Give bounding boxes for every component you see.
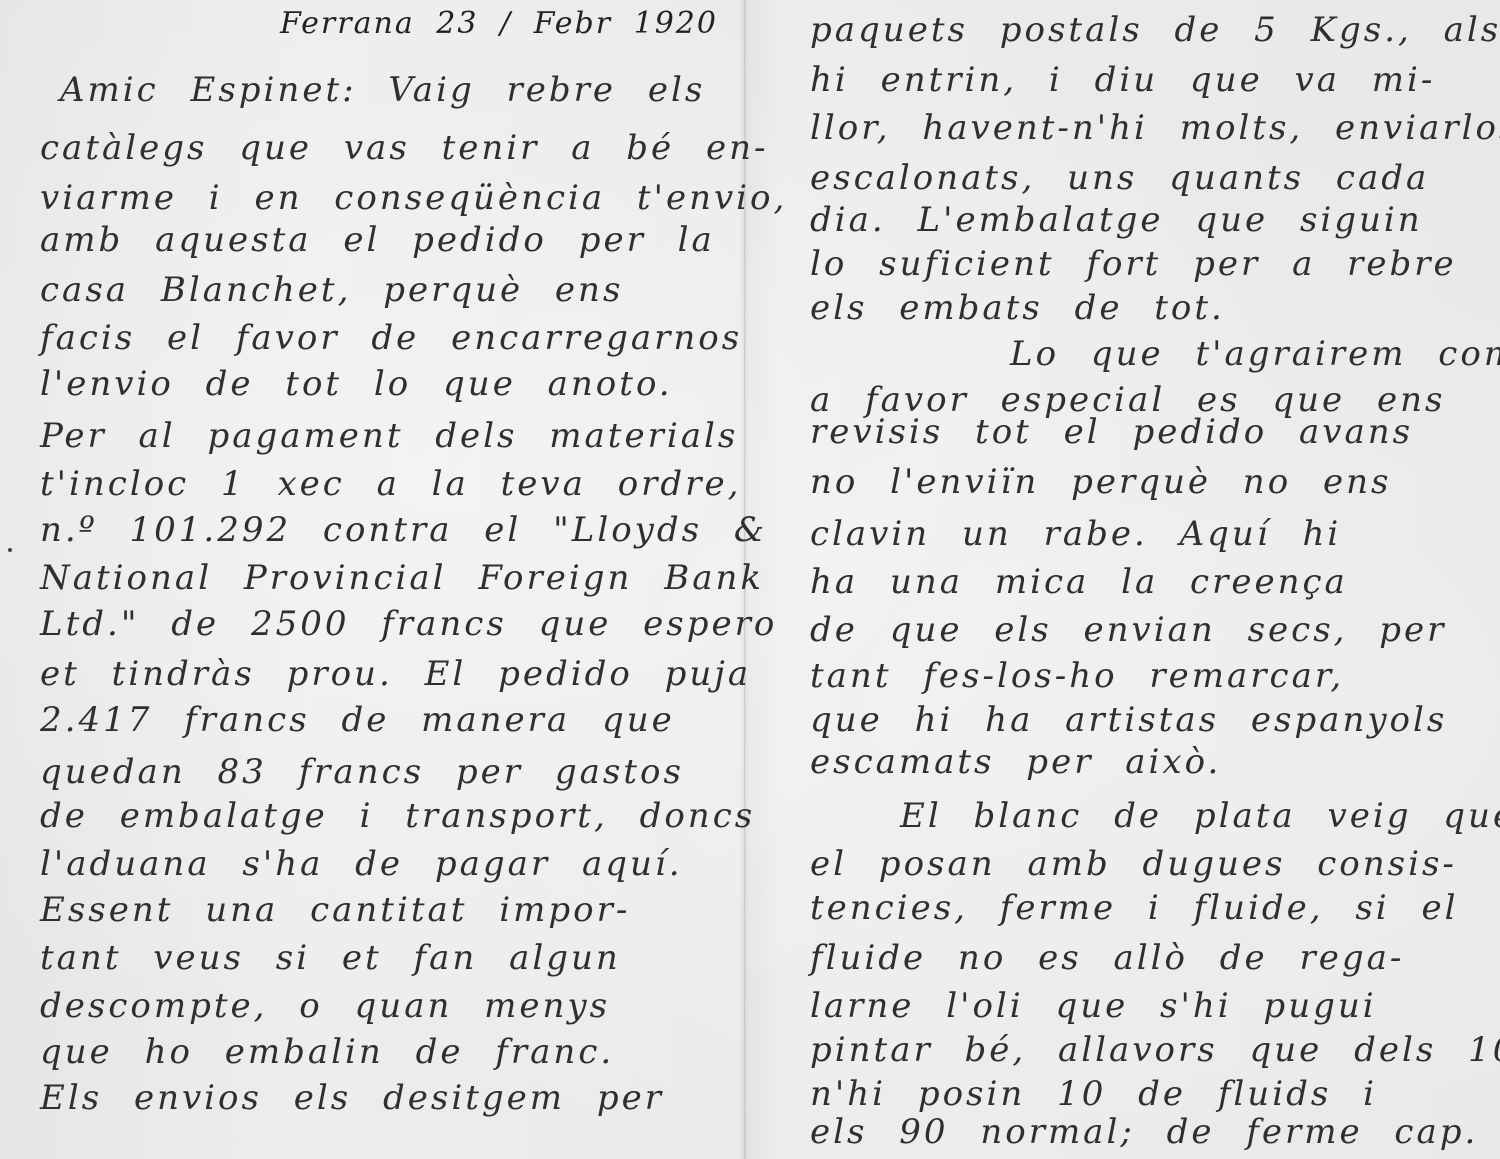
- letter-line: escamats per això.: [810, 742, 1221, 782]
- letter-line: Amic Espinet: Vaig rebre els: [60, 70, 705, 110]
- letter-line: que hi ha artistas espanyols: [810, 700, 1447, 740]
- letter-line: clavin un rabe. Aquí hi: [810, 514, 1341, 554]
- letter-line: amb aquesta el pedido per la: [40, 220, 715, 260]
- letter-line-text: amb aquesta el pedido per la: [40, 220, 715, 260]
- letter-line: tencies, ferme i fluide, si el: [810, 888, 1458, 928]
- letter-line: n.º 101.292 contra el "Lloyds &: [40, 510, 767, 550]
- letter-line: tant fes-los-ho remarcar,: [810, 656, 1344, 696]
- letter-line: l'envio de tot lo que anoto.: [40, 364, 673, 404]
- letter-line: llor, havent-n'hi molts, enviarlos: [810, 108, 1500, 148]
- letter-line: Per al pagament dels materials: [40, 416, 738, 456]
- letter-line: els 90 normal; de ferme cap.: [810, 1112, 1478, 1152]
- letter-line: Ltd." de 2500 francs que espero: [40, 604, 777, 644]
- letter-line: revisis tot el pedido avans: [810, 412, 1413, 452]
- letter-line: descompte, o quan menys: [40, 986, 610, 1026]
- letter-line: Essent una cantitat impor-: [40, 890, 630, 930]
- letter-line: casa Blanchet, perquè ens: [40, 270, 623, 310]
- letter-line: n'hi posin 10 de fluids i: [810, 1074, 1377, 1114]
- letter-line: fluide no es allò de rega-: [810, 938, 1404, 978]
- letter-line: lo suficient fort per a rebre: [810, 244, 1457, 284]
- letter-line: t'incloc 1 xec a la teva ordre,: [40, 464, 741, 504]
- right-page: paquets postals de 5 Kgs., als que hi en…: [810, 0, 1490, 1159]
- date-line: Ferrana 23 / Febr 1920: [280, 6, 718, 41]
- letter-line: quedan 83 francs per gastos: [40, 752, 684, 792]
- letter-line: hi entrin, i diu que va mi-: [810, 60, 1435, 100]
- letter-line: el posan amb dugues consis-: [810, 844, 1457, 884]
- letter-line: larne l'oli que s'hi pugui: [810, 986, 1377, 1026]
- margin-dot: [8, 548, 12, 552]
- letter-line: National Provincial Foreign Bank: [40, 558, 764, 598]
- letter-line: paquets postals de 5 Kgs., als que: [810, 10, 1500, 50]
- letter-line: facis el favor de encarregarnos: [40, 318, 742, 358]
- letter-line: pintar bé, allavors que dels 100: [810, 1030, 1500, 1070]
- letter-line: catàlegs que vas tenir a bé en-: [40, 128, 768, 168]
- letter-line: els embats de tot.: [810, 288, 1225, 328]
- letter-line: 2.417 francs de manera que: [40, 700, 675, 740]
- letter-line: l'aduana s'ha de pagar aquí.: [40, 844, 683, 884]
- letter-sheet: Ferrana 23 / Febr 1920 Amic Espinet: Vai…: [0, 0, 1500, 1159]
- letter-line: El blanc de plata veig que: [900, 796, 1500, 836]
- letter-line: no l'enviïn perquè no ens: [810, 462, 1391, 502]
- letter-line: Lo que t'agrairem com: [1010, 334, 1500, 374]
- letter-line: dia. L'embalatge que siguin: [810, 200, 1423, 240]
- letter-line: ha una mica la creença: [810, 562, 1348, 602]
- letter-line: de embalatge i transport, doncs: [40, 796, 755, 836]
- letter-line: tant veus si et fan algun: [40, 938, 621, 978]
- letter-line: Els envios els desitgem per: [40, 1078, 664, 1118]
- letter-line: escalonats, uns quants cada: [810, 158, 1429, 198]
- left-page: Ferrana 23 / Febr 1920 Amic Espinet: Vai…: [40, 0, 740, 1159]
- letter-line: et tindràs prou. El pedido puja: [40, 654, 751, 694]
- letter-line: de que els envian secs, per: [810, 610, 1446, 650]
- letter-line: que ho embalin de franc.: [40, 1032, 614, 1072]
- letter-line: viarme i en conseqüència t'envio,: [40, 178, 787, 218]
